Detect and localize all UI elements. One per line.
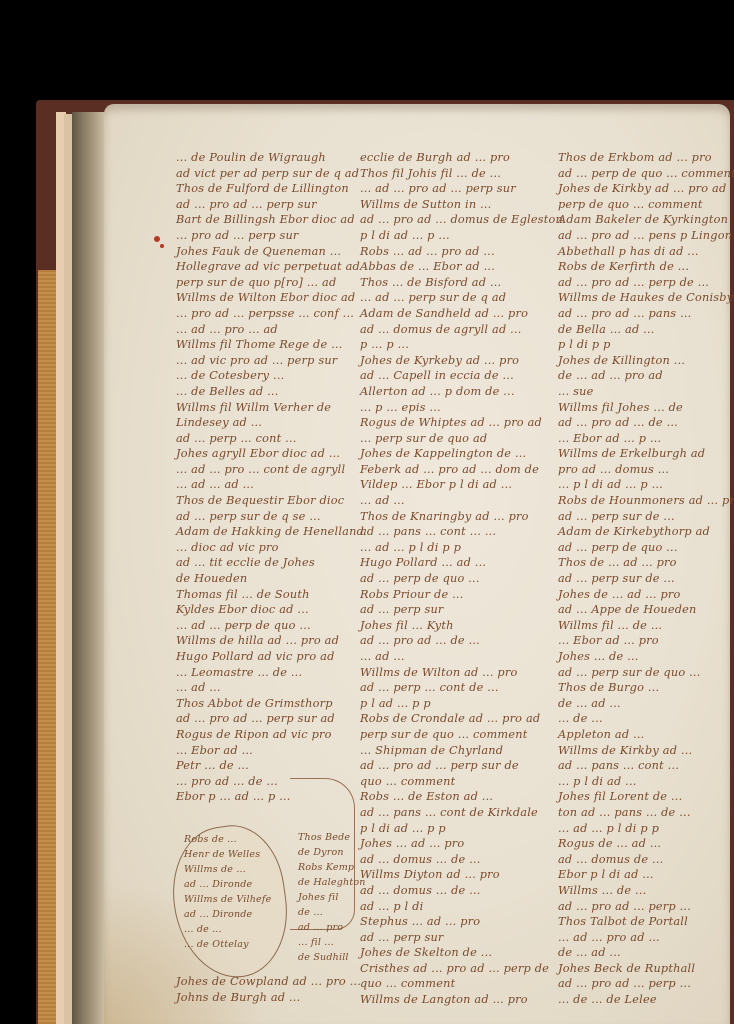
manuscript-line: de Haleghton (298, 875, 366, 890)
manuscript-line: Johes de Kyrkeby ad ... pro (360, 353, 550, 369)
manuscript-line: perp de quo ... comment (558, 197, 728, 213)
manuscript-line: Appleton ad ... (558, 727, 728, 743)
manuscript-line: pro ad ... domus ... (558, 462, 728, 478)
manuscript-line: Cristhes ad ... pro ad ... perp de (360, 961, 550, 977)
manuscript-line: Robs de Crondale ad ... pro ad (360, 711, 550, 727)
manuscript-line: Hollegrave ad vic perpetuat ad (176, 259, 356, 275)
manuscript-line: Johes ... ad ... pro (360, 836, 550, 852)
manuscript-line: de ... ad ... (558, 696, 728, 712)
manuscript-line: Johns de Burgh ad ... (176, 990, 361, 1006)
manuscript-line: quo ... comment (360, 774, 550, 790)
manuscript-line: ... ad ... perp sur de q ad (360, 290, 550, 306)
manuscript-line: Ebor p l di ad ... (558, 867, 728, 883)
red-ink-spot (154, 236, 160, 242)
manuscript-line: ad ... perp de quo ... comment (558, 166, 728, 182)
manuscript-line: ad ... pro ad ... perp ... (558, 976, 728, 992)
manuscript-line: Willms de Erkelburgh ad (558, 446, 728, 462)
manuscript-line: ... p l di ad ... p ... (558, 477, 728, 493)
manuscript-line: Willms fil Thome Rege de ... (176, 337, 356, 353)
manuscript-line: Thos de ... ad ... pro (558, 555, 728, 571)
manuscript-line: ecclie de Burgh ad ... pro (360, 150, 550, 166)
manuscript-line: ad ... domus de agryll ad ... (360, 322, 550, 338)
manuscript-line: Thos de Fulford de Lillington (176, 181, 356, 197)
manuscript-line: p l di ad ... p ... (360, 228, 550, 244)
manuscript-line: de Houeden (176, 571, 356, 587)
manuscript-line: ad ... pro ad ... perp sur (176, 197, 356, 213)
manuscript-line: p l di p p (558, 337, 728, 353)
manuscript-line: ad ... pro ad ... perp sur ad (176, 711, 356, 727)
manuscript-line: ad ... perp sur de q se ... (176, 509, 356, 525)
manuscript-line: ad vict per ad perp sur de q ad (176, 166, 356, 182)
manuscript-line: de Dyron (298, 845, 366, 860)
manuscript-line: ... de Belles ad ... (176, 384, 356, 400)
manuscript-line: ... ad ... ad ... (176, 477, 356, 493)
manuscript-line: de ... ad ... (558, 945, 728, 961)
manuscript-line: Willms fil Johes ... de (558, 400, 728, 416)
manuscript-line: Rogus de Ripon ad vic pro (176, 727, 356, 743)
bracket-entries: Thos Bedede DyronRobs Kempde HaleghtonJo… (298, 830, 366, 965)
manuscript-line: Johes de Kappelington de ... (360, 446, 550, 462)
manuscript-line: Willms Diyton ad ... pro (360, 867, 550, 883)
manuscript-line: ad ... p l di (360, 899, 550, 915)
manuscript-line: ad ... pro ad ... domus de Egleston (360, 212, 550, 228)
manuscript-line: ad ... pro ad ... de ... (360, 633, 550, 649)
manuscript-line: Johes fil (298, 890, 366, 905)
manuscript-line: Adam Bakeler de Kyrkington (558, 212, 728, 228)
manuscript-line: de Sudhill (298, 950, 366, 965)
manuscript-line: Johes Beck de Rupthall (558, 961, 728, 977)
manuscript-line: Willms de hilla ad ... pro ad (176, 633, 356, 649)
manuscript-line: ... de ... (184, 922, 271, 937)
manuscript-line: ad ... pro ad ... perp ... (558, 899, 728, 915)
manuscript-line: ... de ... (558, 711, 728, 727)
manuscript-line: ad ... pro ad ... pans ... (558, 306, 728, 322)
red-ink-spot (160, 244, 164, 248)
manuscript-line: de ... (298, 905, 366, 920)
manuscript-line: Johes fil ... Kyth (360, 618, 550, 634)
manuscript-line: Willms de Kirkby ad ... (558, 743, 728, 759)
manuscript-line: Willms de ... (184, 862, 271, 877)
manuscript-line: Johes de Skelton de ... (360, 945, 550, 961)
manuscript-line: ... Ebor ad ... pro (558, 633, 728, 649)
manuscript-line: Robs ... de Eston ad ... (360, 789, 550, 805)
manuscript-line: Rogus de ... ad ... (558, 836, 728, 852)
manuscript-line: Willms fil Willm Verher de (176, 400, 356, 416)
manuscript-line: Thos ... de Bisford ad ... (360, 275, 550, 291)
manuscript-line: ad ... pans ... cont de Kirkdale (360, 805, 550, 821)
manuscript-line: Robs de ... (184, 832, 271, 847)
manuscript-line: ... ad ... p l di p p (360, 540, 550, 556)
manuscript-line: Willms de Wilton Ebor dioc ad (176, 290, 356, 306)
manuscript-line: Petr ... de ... (176, 758, 356, 774)
manuscript-line: Johes de Kirkby ad ... pro ad (558, 181, 728, 197)
manuscript-line: Johes de Cowpland ad ... pro ... (176, 974, 361, 990)
manuscript-line: ad ... perp sur de ... (558, 509, 728, 525)
manuscript-line: ... de Poulin de Wigraugh (176, 150, 356, 166)
manuscript-line: Thos de Knaringby ad ... pro (360, 509, 550, 525)
footer-entries: Johes de Cowpland ad ... pro ...Johns de… (176, 974, 361, 1005)
manuscript-line: Willms de Sutton in ... (360, 197, 550, 213)
manuscript-line: ad ... pans ... cont ... (558, 758, 728, 774)
manuscript-line: Robs de Hounmoners ad ... pro (558, 493, 728, 509)
manuscript-line: ad ... Dironde (184, 877, 271, 892)
manuscript-line: de ... ad ... pro ad (558, 368, 728, 384)
manuscript-line: ad ... pro ad ... perp sur de (360, 758, 550, 774)
manuscript-line: Willms de Haukes de Conisby (558, 290, 728, 306)
manuscript-line: Willms fil ... de ... (558, 618, 728, 634)
manuscript-line: Thomas fil ... de South (176, 587, 356, 603)
manuscript-line: Adam de Kirkebythorp ad (558, 524, 728, 540)
manuscript-line: ... de Ottelay (184, 937, 271, 952)
manuscript-line: ... ad ... p l di p p (558, 821, 728, 837)
manuscript-line: Lindesey ad ... (176, 415, 356, 431)
manuscript-line: ... ad ... pro ... ad (176, 322, 356, 338)
manuscript-line: Kyldes Ebor dioc ad ... (176, 602, 356, 618)
manuscript-line: Robs ... ad ... pro ad ... (360, 244, 550, 260)
manuscript-line: Bart de Billingsh Ebor dioc ad (176, 212, 356, 228)
manuscript-line: ... ad ... (360, 649, 550, 665)
manuscript-line: ad ... domus de ... (558, 852, 728, 868)
manuscript-line: Thos fil Johis fil ... de ... (360, 166, 550, 182)
manuscript-line: Johes fil Lorent de ... (558, 789, 728, 805)
manuscript-line: ad ... domus ... de ... (360, 852, 550, 868)
manuscript-line: ... ad ... (176, 680, 356, 696)
manuscript-line: Stephus ... ad ... pro (360, 914, 550, 930)
manuscript-line: ... de ... de Lelee (558, 992, 728, 1008)
manuscript-line: Adam de Hakking de Henelland (176, 524, 356, 540)
manuscript-line: ad ... perp de quo ... (360, 571, 550, 587)
manuscript-line: Allerton ad ... p dom de ... (360, 384, 550, 400)
manuscript-line: Robs Priour de ... (360, 587, 550, 603)
manuscript-line: ... pro ad ... perp sur (176, 228, 356, 244)
manuscript-line: de Bella ... ad ... (558, 322, 728, 338)
manuscript-line: Abbethall p has di ad ... (558, 244, 728, 260)
manuscript-line: ... dioc ad vic pro (176, 540, 356, 556)
manuscript-line: perp sur de quo p[ro] ... ad (176, 275, 356, 291)
manuscript-line: ad ... perp ... cont de ... (360, 680, 550, 696)
manuscript-line: Willms de Vilhefe (184, 892, 271, 907)
manuscript-line: ad ... perp sur (360, 930, 550, 946)
manuscript-line: ad ... Appe de Houeden (558, 602, 728, 618)
manuscript-line: ad ... perp sur (360, 602, 550, 618)
manuscript-line: ton ad ... pans ... de ... (558, 805, 728, 821)
column-2: ecclie de Burgh ad ... proThos fil Johis… (360, 150, 550, 1008)
manuscript-line: Thos de Burgo ... (558, 680, 728, 696)
manuscript-line: ... perp sur de quo ad (360, 431, 550, 447)
manuscript-line: Thos de Bequestir Ebor dioc (176, 493, 356, 509)
manuscript-line: Hugo Pollard ... ad ... (360, 555, 550, 571)
manuscript-line: p l di ad ... p p (360, 821, 550, 837)
manuscript-line: Feberk ad ... pro ad ... dom de (360, 462, 550, 478)
manuscript-line: ad ... pro (298, 920, 366, 935)
manuscript-line: Johes de Killington ... (558, 353, 728, 369)
manuscript-line: Henr de Welles (184, 847, 271, 862)
manuscript-line: ... ad ... pro ... cont de agryll (176, 462, 356, 478)
column-1: ... de Poulin de Wigraughad vict per ad … (176, 150, 356, 805)
manuscript-line: ad ... pro ad ... pens p Lingon (558, 228, 728, 244)
manuscript-line: Willms ... de ... (558, 883, 728, 899)
manuscript-line: Willms de Langton ad ... pro (360, 992, 550, 1008)
manuscript-line: ... pro ad ... perpsse ... conf ... (176, 306, 356, 322)
manuscript-line: ad ... perp sur de ... (558, 571, 728, 587)
manuscript-line: ad ... perp ... cont ... (176, 431, 356, 447)
manuscript-line: Johes ... de ... (558, 649, 728, 665)
manuscript-line: ad ... Dironde (184, 907, 271, 922)
manuscript-line: ad ... perp sur de quo ... (558, 665, 728, 681)
manuscript-line: Johes Fauk de Queneman ... (176, 244, 356, 260)
manuscript-line: ... ad ... (360, 493, 550, 509)
manuscript-line: ... Leomastre ... de ... (176, 665, 356, 681)
manuscript-line: Robs Kemp (298, 860, 366, 875)
manuscript-line: Johes de ... ad ... pro (558, 587, 728, 603)
manuscript-line: Thos de Erkbom ad ... pro (558, 150, 728, 166)
hole-entries: Robs de ...Henr de WellesWillms de ...ad… (184, 832, 271, 952)
manuscript-line: ad ... perp de quo ... (558, 540, 728, 556)
manuscript-line: ... de Cotesbery ... (176, 368, 356, 384)
manuscript-line: Thos Bede (298, 830, 366, 845)
manuscript-line: Abbas de ... Ebor ad ... (360, 259, 550, 275)
manuscript-line: ad ... tit ecclie de Johes (176, 555, 356, 571)
manuscript-line: ... p l di ad ... (558, 774, 728, 790)
manuscript-line: ... fil ... (298, 935, 366, 950)
manuscript-line: Thos Talbot de Portall (558, 914, 728, 930)
manuscript-line: ... Ebor ad ... (176, 743, 356, 759)
manuscript-line: ... Shipman de Chyrland (360, 743, 550, 759)
manuscript-line: ... ad ... perp de quo ... (176, 618, 356, 634)
manuscript-line: quo ... comment (360, 976, 550, 992)
manuscript-line: ad ... domus ... de ... (360, 883, 550, 899)
manuscript-line: ... ad ... pro ad ... perp sur (360, 181, 550, 197)
manuscript-line: ad ... pro ad ... perp de ... (558, 275, 728, 291)
manuscript-line: Willms de Wilton ad ... pro (360, 665, 550, 681)
manuscript-line: ... ad vic pro ad ... perp sur (176, 353, 356, 369)
manuscript-line: Robs de Kerfirth de ... (558, 259, 728, 275)
manuscript-line: ... p ... epis ... (360, 400, 550, 416)
manuscript-line: Rogus de Whiptes ad ... pro ad (360, 415, 550, 431)
manuscript-line: ad ... pans ... cont ... ... (360, 524, 550, 540)
manuscript-line: ... sue (558, 384, 728, 400)
manuscript-line: ... Ebor ad ... p ... (558, 431, 728, 447)
spine-cloth (38, 270, 56, 1024)
manuscript-line: ad ... Capell in eccia de ... (360, 368, 550, 384)
manuscript-line: p l ad ... p p (360, 696, 550, 712)
manuscript-line: Vildep ... Ebor p l di ad ... (360, 477, 550, 493)
manuscript-line: Thos Abbot de Grimsthorp (176, 696, 356, 712)
manuscript-line: Johes agryll Ebor dioc ad ... (176, 446, 356, 462)
manuscript-line: ... ad ... pro ad ... (558, 930, 728, 946)
manuscript-line: perp sur de quo ... comment (360, 727, 550, 743)
manuscript-line: ad ... pro ad ... de ... (558, 415, 728, 431)
column-3: Thos de Erkbom ad ... proad ... perp de … (558, 150, 728, 1008)
manuscript-line: p ... p ... (360, 337, 550, 353)
manuscript-line: Hugo Pollard ad vic pro ad (176, 649, 356, 665)
manuscript-line: Adam de Sandheld ad ... pro (360, 306, 550, 322)
